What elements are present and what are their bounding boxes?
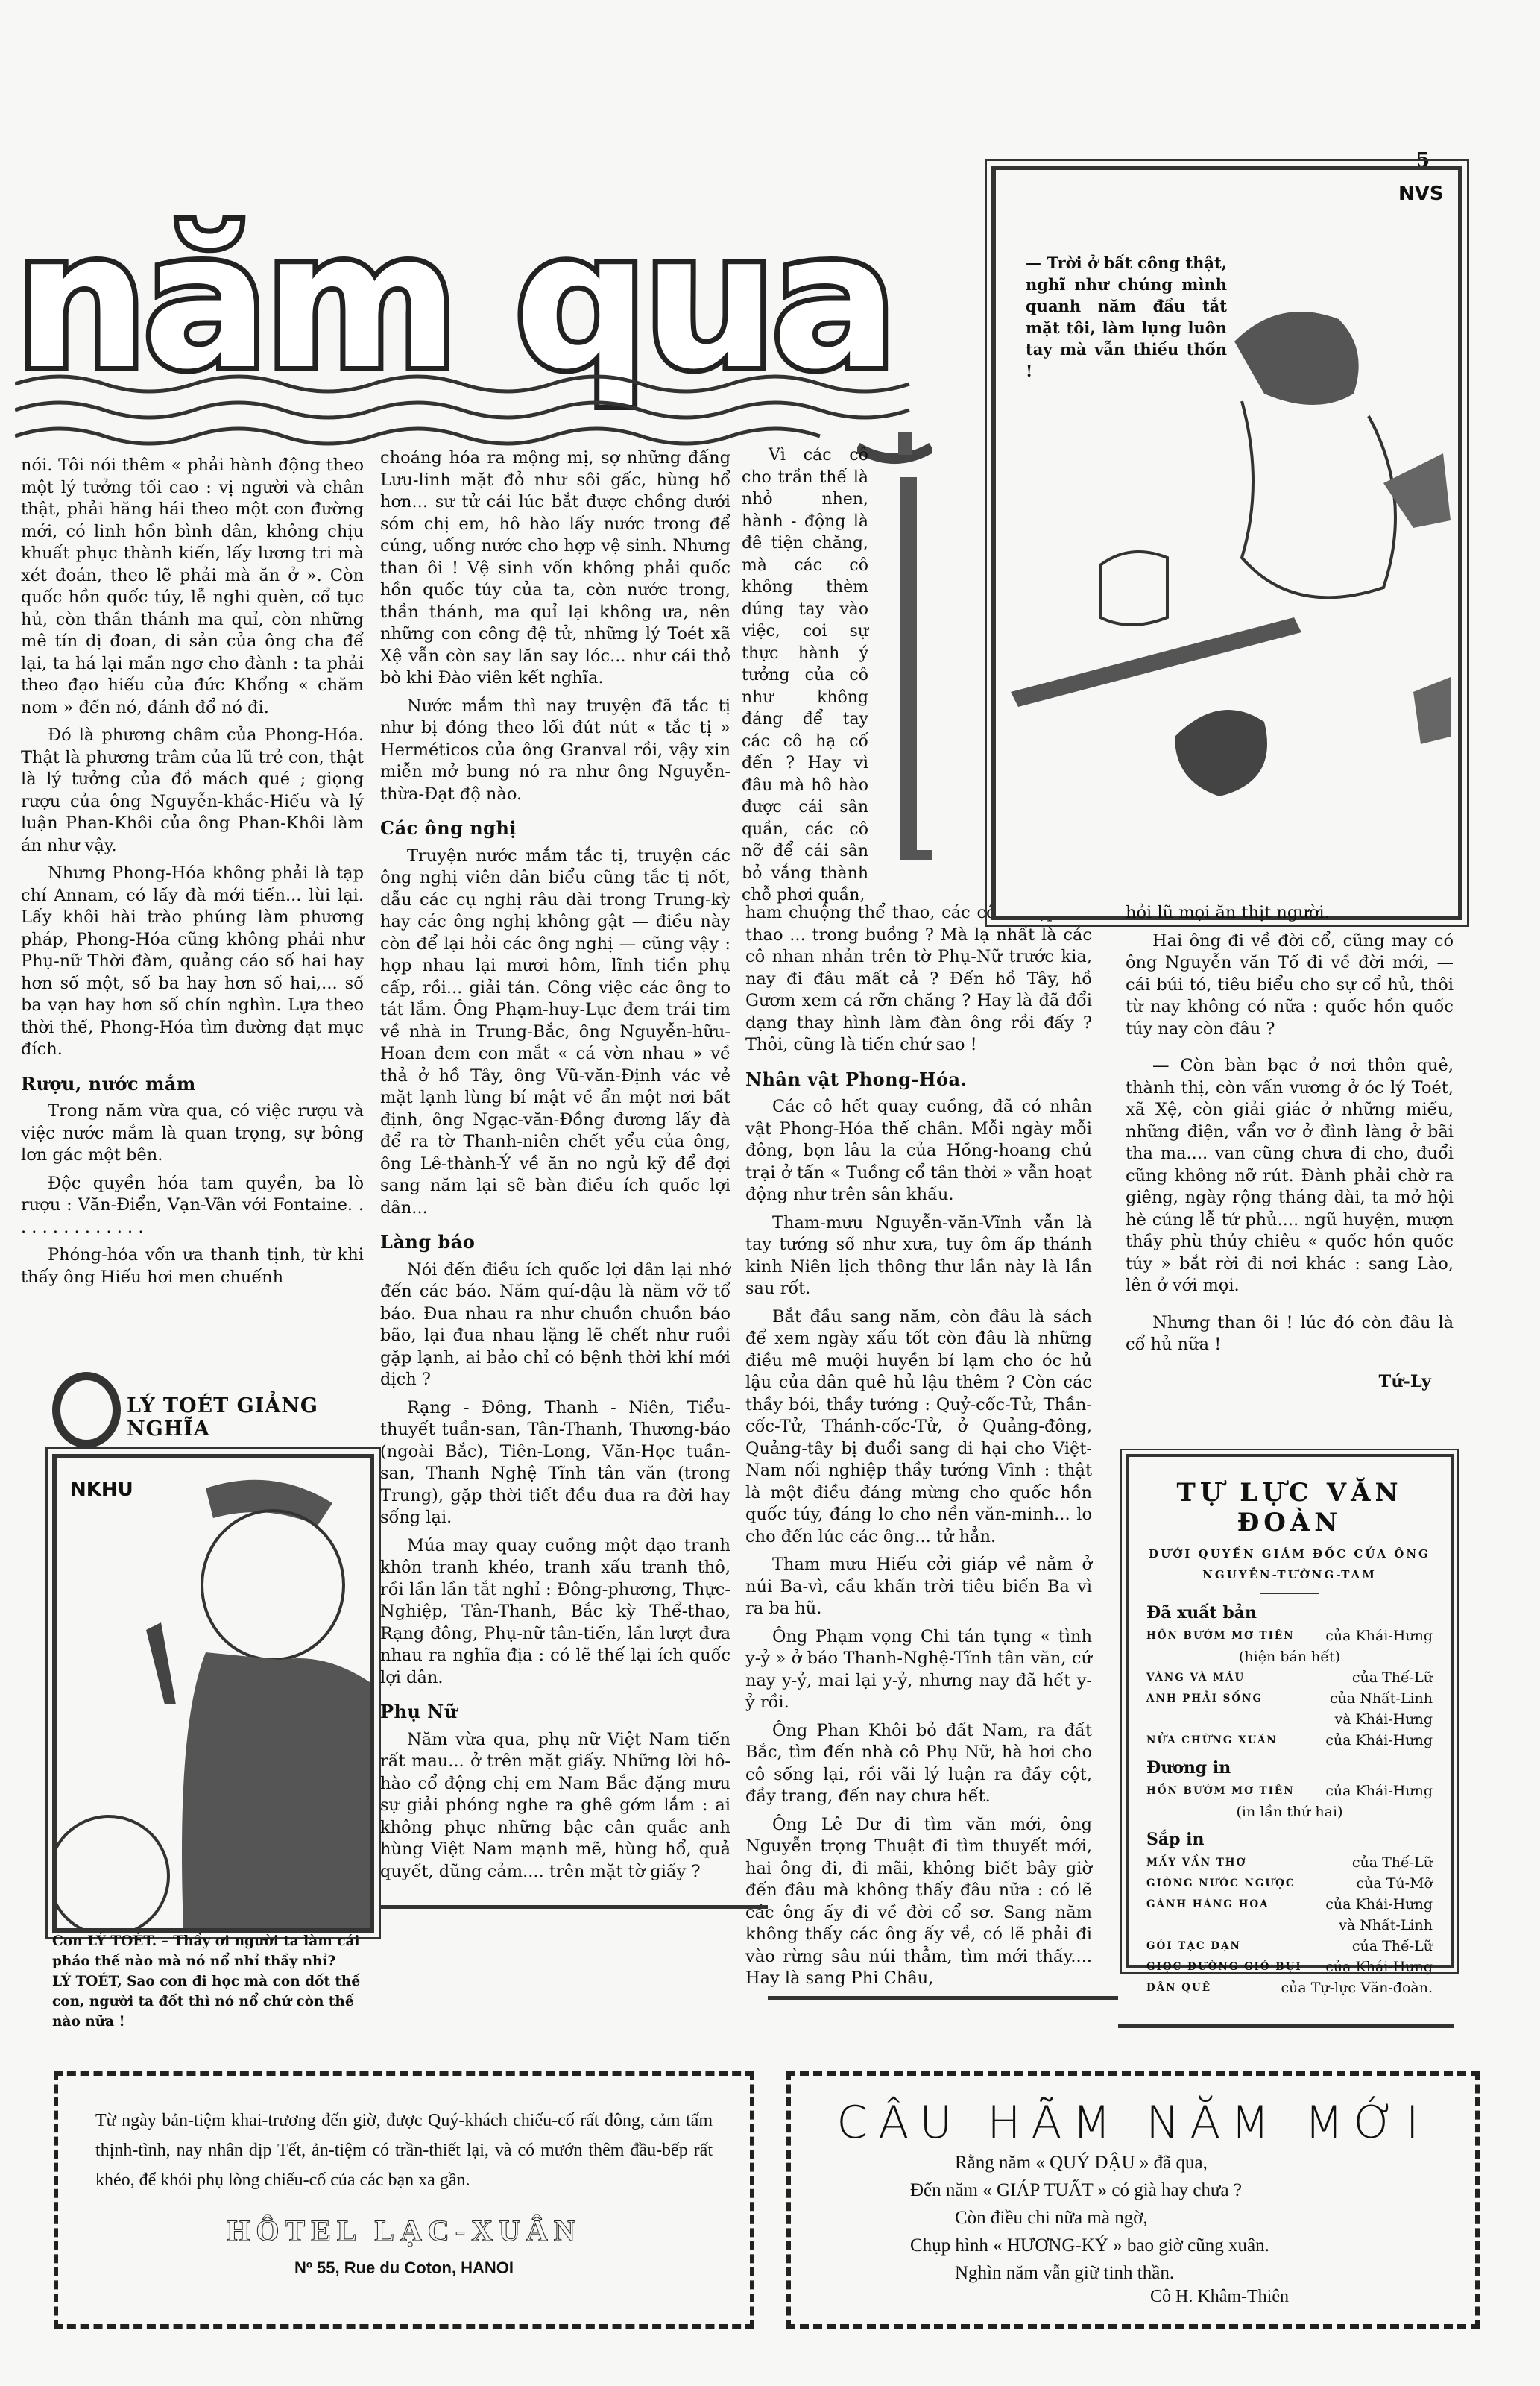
paragraph: Nhưng Phong-Hóa không phải là tạp chí An…	[21, 863, 364, 1061]
poem-title: CÂU HÃM NĂM MỚI	[821, 2097, 1445, 2149]
paragraph: Múa may quay cuồng một dạo tranh khôn tr…	[380, 1535, 730, 1690]
paragraph: Vì các cô cho trần thế là nhỏ nhen, hành…	[742, 444, 868, 907]
cau-ham-nam-moi-ad: CÂU HÃM NĂM MỚI Rằng năm « QUÝ DẬU » đã …	[786, 2071, 1480, 2329]
hotel-name: HÔTEL LẠC-XUÂN	[95, 2213, 713, 2248]
book-row: GIÒNG NƯỚC NGƯỢCcủa Tú-Mỡ	[1146, 1873, 1433, 1894]
paragraph: Nhưng than ôi ! lúc đó còn đâu là cổ hủ …	[1126, 1312, 1454, 1356]
paragraph: Ông Lê Dư đi tìm văn mới, ông Nguyễn trọ…	[745, 1814, 1092, 1990]
paragraph: Độc quyền hóa tam quyền, ba lò rượu : Vă…	[21, 1173, 364, 1239]
paragraph: Tham mưu Hiếu cởi giáp về nằm ở núi Ba-v…	[745, 1554, 1092, 1620]
paragraph: ham chuộng thể thao, các cô nỡ tập thể t…	[745, 902, 1092, 1057]
book-note: (in lần thứ hai)	[1146, 1801, 1433, 1822]
section-heading-ruou: Rượu, nước mắm	[21, 1073, 364, 1095]
article-column-3-narrow: Vì các cô cho trần thế là nhỏ nhen, hành…	[742, 444, 868, 913]
paragraph: Nước mắm thì nay truyện đã tắc tị như bị…	[380, 696, 730, 806]
divider	[768, 1996, 1118, 2000]
section-heading-nhan-vat: Nhân vật Phong-Hóa.	[745, 1068, 1092, 1091]
poem-line: Đến năm « GIÁP TUẤT » có già hay chưa ?	[910, 2176, 1445, 2204]
paragraph: Tham-mưu Nguyễn-văn-Vĩnh vẫn là tay tướn…	[745, 1212, 1092, 1300]
ly-toet-illustration-icon	[57, 1458, 370, 1928]
caption-line: Con LÝ TOÉT. – Thầy ơi người ta làm cái …	[52, 1931, 380, 1971]
paragraph: Rạng - Đông, Thanh - Niên, Tiểu-thuyết t…	[380, 1397, 730, 1529]
poem-line: Chụp hình « HƯƠNG-KÝ » bao giờ cũng xuân…	[910, 2232, 1445, 2259]
paragraph: Năm vừa qua, phụ nữ Việt Nam tiến rất ma…	[380, 1729, 730, 1883]
paragraph: Truyện nước mắm tắc tị, truyện các ông n…	[380, 846, 730, 1220]
tlvd-director: NGUYỄN-TƯỜNG-TAM	[1146, 1564, 1433, 1585]
divider	[1260, 1593, 1319, 1594]
decorative-o-icon	[52, 1372, 121, 1448]
paragraph: hỏi lũ mọi ăn thịt người.	[1126, 902, 1454, 925]
paragraph: Nói đến điều ích quốc lợi dân lại nhớ đế…	[380, 1259, 730, 1391]
book-row: GIỌC ĐƯỜNG GIÓ BỤIcủa Khái-Hưng	[1146, 1957, 1433, 1977]
section-heading-lang-bao: Làng báo	[380, 1231, 730, 1253]
divider	[380, 1905, 768, 1909]
book-row: HỒN BƯỚM MƠ TIÊNcủa Khái-Hưng	[1146, 1781, 1433, 1801]
poem-line: Còn điều chi nữa mà ngờ,	[955, 2204, 1445, 2232]
cartoon-illustration-icon	[996, 170, 1458, 916]
article-column-3: ham chuộng thể thao, các cô nỡ tập thể t…	[745, 902, 1092, 1996]
article-column-2: choáng hóa ra mộng mị, sợ những đấng Lưu…	[380, 447, 730, 1889]
paragraph: Phóng-hóa vốn ưa thanh tịnh, từ khi thấy…	[21, 1244, 364, 1288]
masthead-letter-stem-icon	[857, 432, 932, 872]
ly-toet-caption: Con LÝ TOÉT. – Thầy ơi người ta làm cái …	[52, 1931, 380, 2032]
masthead: năm qua	[15, 216, 984, 388]
article-column-1: nói. Tôi nói thêm « phải hành động theo …	[21, 455, 364, 1294]
section-sap-in: Sắp in	[1146, 1830, 1433, 1849]
section-da-xuat-ban: Đã xuất bản	[1146, 1603, 1433, 1622]
hotel-address: Nº 55, Rue du Coton, HANOI	[95, 2258, 713, 2278]
book-row: MẤY VẦN THƠcủa Thế-Lữ	[1146, 1852, 1433, 1873]
paragraph: Hai ông đi về đời cổ, cũng may có ông Ng…	[1126, 931, 1454, 1041]
divider	[1118, 2024, 1454, 2028]
poem-author: Cô H. Khâm-Thiên	[821, 2287, 1289, 2307]
book-row: HỒN BƯỚM MƠ TIÊNcủa Khái-Hưng	[1146, 1625, 1433, 1646]
paragraph: Bắt đầu sang năm, còn đâu là sách để xem…	[745, 1306, 1092, 1549]
book-row: VÀNG VÀ MÁUcủa Thế-Lữ	[1146, 1667, 1433, 1688]
paragraph: choáng hóa ra mộng mị, sợ những đấng Lưu…	[380, 447, 730, 690]
book-author-cont: và Nhất-Linh	[1146, 1915, 1433, 1936]
top-cartoon: NVS — Trời ở bất công thật, nghĩ như chú…	[991, 166, 1462, 920]
poem-line: Rằng năm « QUÝ DẬU » đã qua,	[955, 2149, 1445, 2176]
author-signature: Tứ-Ly	[1126, 1371, 1454, 1394]
masthead-title: năm qua	[15, 216, 893, 388]
tu-luc-van-doan-box: TỰ LỰC VĂN ĐOÀN DƯỚI QUYỀN GIÁM ĐỐC CỦA …	[1126, 1454, 1454, 1968]
paragraph: Ông Phan Khôi bỏ đất Nam, ra đất Bắc, tì…	[745, 1720, 1092, 1808]
ly-toet-cartoon: NKHU	[52, 1454, 374, 1933]
paragraph: Đó là phương châm của Phong-Hóa. Thật là…	[21, 725, 364, 857]
book-author-cont: và Khái-Hưng	[1146, 1709, 1433, 1730]
ad-text: Từ ngày bản-tiệm khai-trương đến giờ, đư…	[95, 2106, 713, 2195]
caption-line: LÝ TOÉT, Sao con đi học mà con dốt thế c…	[52, 1971, 380, 2032]
section-duong-in: Đương in	[1146, 1758, 1433, 1778]
book-row: DÂN QUÊcủa Tự-lực Văn-đoàn.	[1146, 1977, 1433, 1998]
book-row: NỬA CHỪNG XUÂNcủa Khái-Hưng	[1146, 1730, 1433, 1751]
article-column-4: hỏi lũ mọi ăn thịt người. Hai ông đi về …	[1126, 902, 1454, 1393]
paragraph: nói. Tôi nói thêm « phải hành động theo …	[21, 455, 364, 719]
book-row: GÓI TẠC ĐẠNcủa Thế-Lữ	[1146, 1936, 1433, 1957]
paragraph: Ông Phạm vọng Chi tán tụng « tình y-ỷ » …	[745, 1626, 1092, 1714]
section-heading-cac-ong-nghi: Các ông nghị	[380, 817, 730, 840]
book-row: GÁNH HÀNG HOAcủa Khái-Hưng	[1146, 1894, 1433, 1915]
hotel-lac-xuan-ad: Từ ngày bản-tiệm khai-trương đến giờ, đư…	[54, 2071, 754, 2329]
poem-lines: Rằng năm « QUÝ DẬU » đã qua, Đến năm « G…	[910, 2149, 1445, 2287]
poem-line: Nghìn năm vẫn giữ tinh thần.	[955, 2259, 1445, 2287]
section-heading-phu-nu: Phụ Nữ	[380, 1701, 730, 1723]
paragraph: Các cô hết quay cuồng, đã có nhân vật Ph…	[745, 1096, 1092, 1206]
book-note: (hiện bán hết)	[1146, 1646, 1433, 1667]
ly-toet-title: LÝ TOÉT GIẢNG NGHĨA	[127, 1394, 373, 1441]
paragraph: — Còn bàn bạc ở nơi thôn quê, thành thị,…	[1126, 1055, 1454, 1297]
tlvd-subtitle: DƯỚI QUYỀN GIÁM ĐỐC CỦA ÔNG	[1146, 1543, 1433, 1564]
ly-toet-heading: LÝ TOÉT GIẢNG NGHĨA	[45, 1372, 373, 1447]
paragraph: Trong năm vừa qua, có việc rượu và việc …	[21, 1101, 364, 1167]
book-row: ANH PHẢI SỐNGcủa Nhất-Linh	[1146, 1688, 1433, 1709]
tlvd-title: TỰ LỰC VĂN ĐOÀN	[1146, 1478, 1433, 1537]
